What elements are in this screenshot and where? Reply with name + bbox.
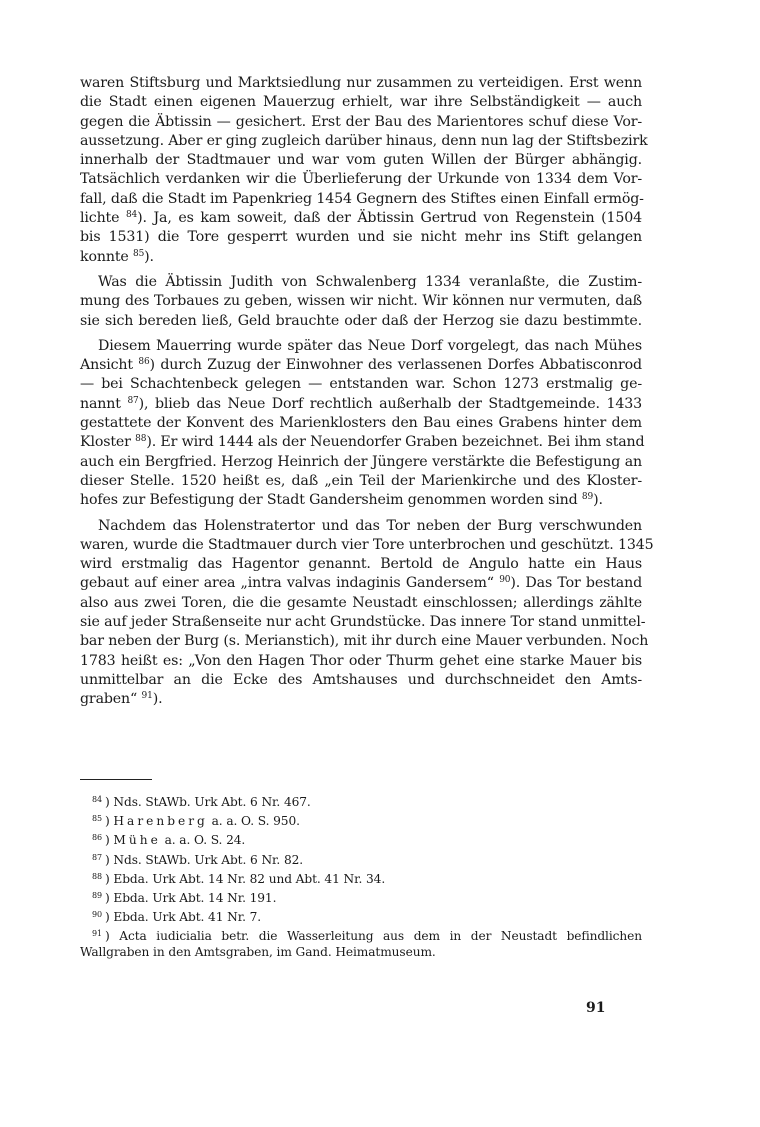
text-line: Ansicht 86) durch Zuzug der Einwohner de… [80, 356, 642, 375]
text-line: innerhalb der Stadtmauer und war vom gut… [80, 151, 642, 170]
footnotes: 84) Nds. StAWb. Urk Abt. 6 Nr. 467. 85) … [80, 793, 642, 962]
text-line: dieser Stelle. 1520 heißt es, daß „ein T… [80, 472, 642, 491]
text-line: sie auf jeder Straßenseite nur acht Grun… [80, 613, 642, 632]
text-line: fall, daß die Stadt im Papenkrieg 1454 G… [80, 190, 642, 209]
footnote-number: 85 [92, 814, 102, 823]
paragraph: Was die Äbtissin Judith von Schwalenberg… [80, 273, 642, 331]
footnote-ref[interactable]: 91 [142, 691, 153, 701]
footnote-separator [80, 779, 152, 780]
text-line: bis 1531) die Tore gesperrt wurden und s… [80, 228, 642, 247]
text-line: aussetzung. Aber er ging zugleich darübe… [80, 132, 642, 151]
footnote-number: 90 [92, 910, 102, 919]
paragraph: waren Stiftsburg und Marktsiedlung nur z… [80, 74, 642, 267]
text-line: also aus zwei Toren, die die gesamte Neu… [80, 594, 642, 613]
page-number: 91 [586, 1000, 605, 1016]
text-line: bar neben der Burg (s. Merianstich), mit… [80, 632, 642, 651]
text-line: Nachdem das Holenstratertor und das Tor … [80, 517, 642, 536]
author-name: Harenberg [113, 814, 207, 828]
text-line: wird erstmalig das Hagentor genannt. Ber… [80, 555, 642, 574]
footnote-item: 85) Harenberg a. a. O. S. 950. [80, 812, 642, 831]
text-line: konnte 85). [80, 248, 642, 267]
text-line: auch ein Bergfried. Herzog Heinrich der … [80, 453, 642, 472]
text-line: sie sich bereden ließ, Geld brauchte ode… [80, 312, 642, 331]
text-line: waren, wurde die Stadtmauer durch vier T… [80, 536, 642, 555]
text-line: waren Stiftsburg und Marktsiedlung nur z… [80, 74, 642, 93]
paragraph: Nachdem das Holenstratertor und das Tor … [80, 517, 642, 710]
footnote-number: 91 [92, 929, 102, 938]
text-line: graben“ 91). [80, 690, 642, 709]
footnote-ref[interactable]: 89 [582, 492, 593, 502]
paragraph: Diesem Mauerring wurde später das Neue D… [80, 337, 642, 511]
text-line: lichte 84). Ja, es kam soweit, daß der Ä… [80, 209, 642, 228]
text-line: nannt 87), blieb das Neue Dorf rechtlich… [80, 395, 642, 414]
footnote-ref[interactable]: 84 [126, 210, 137, 220]
text-line: gebaut auf einer area „intra valvas inda… [80, 574, 642, 593]
footnote-ref[interactable]: 87 [127, 396, 138, 406]
text-line: gestattete der Konvent des Marienkloster… [80, 414, 642, 433]
footnote-item: 89) Ebda. Urk Abt. 14 Nr. 191. [80, 889, 642, 908]
text-line: hofes zur Befestigung der Stadt Gandersh… [80, 491, 642, 510]
footnote-number: 87 [92, 853, 102, 862]
text-line: — bei Schachtenbeck gelegen — entstanden… [80, 375, 642, 394]
document-body: waren Stiftsburg und Marktsiedlung nur z… [80, 74, 642, 710]
text-line: die Stadt einen eigenen Mauerzug erhielt… [80, 93, 642, 112]
text-line: Kloster 88). Er wird 1444 als der Neuend… [80, 433, 642, 452]
footnote-ref[interactable]: 88 [135, 434, 146, 444]
text-line: unmittelbar an die Ecke des Amtshauses u… [80, 671, 642, 690]
text-line: Was die Äbtissin Judith von Schwalenberg… [80, 273, 642, 292]
footnote-number: 88 [92, 872, 102, 881]
text-line: mung des Torbaues zu geben, wissen wir n… [80, 292, 642, 311]
footnote-number: 84 [92, 795, 102, 804]
footnote-item: 88) Ebda. Urk Abt. 14 Nr. 82 und Abt. 41… [80, 870, 642, 889]
footnote-ref[interactable]: 90 [499, 575, 510, 585]
text-line: Diesem Mauerring wurde später das Neue D… [80, 337, 642, 356]
footnote-number: 86 [92, 833, 102, 842]
footnote-ref[interactable]: 85 [133, 249, 144, 259]
footnote-ref[interactable]: 86 [138, 357, 149, 367]
text-line: gegen die Äbtissin — gesichert. Erst der… [80, 113, 642, 132]
footnote-item: 90) Ebda. Urk Abt. 41 Nr. 7. [80, 908, 642, 927]
footnote-item: 86) Mühe a. a. O. S. 24. [80, 831, 642, 850]
author-name: Mühe [113, 833, 160, 847]
footnote-item: 87) Nds. StAWb. Urk Abt. 6 Nr. 82. [80, 851, 642, 870]
footnote-number: 89 [92, 891, 102, 900]
text-line: Tatsächlich verdanken wir die Überliefer… [80, 170, 642, 189]
text-line: 1783 heißt es: „Von den Hagen Thor oder … [80, 652, 642, 671]
footnote-item: 84) Nds. StAWb. Urk Abt. 6 Nr. 467. [80, 793, 642, 812]
